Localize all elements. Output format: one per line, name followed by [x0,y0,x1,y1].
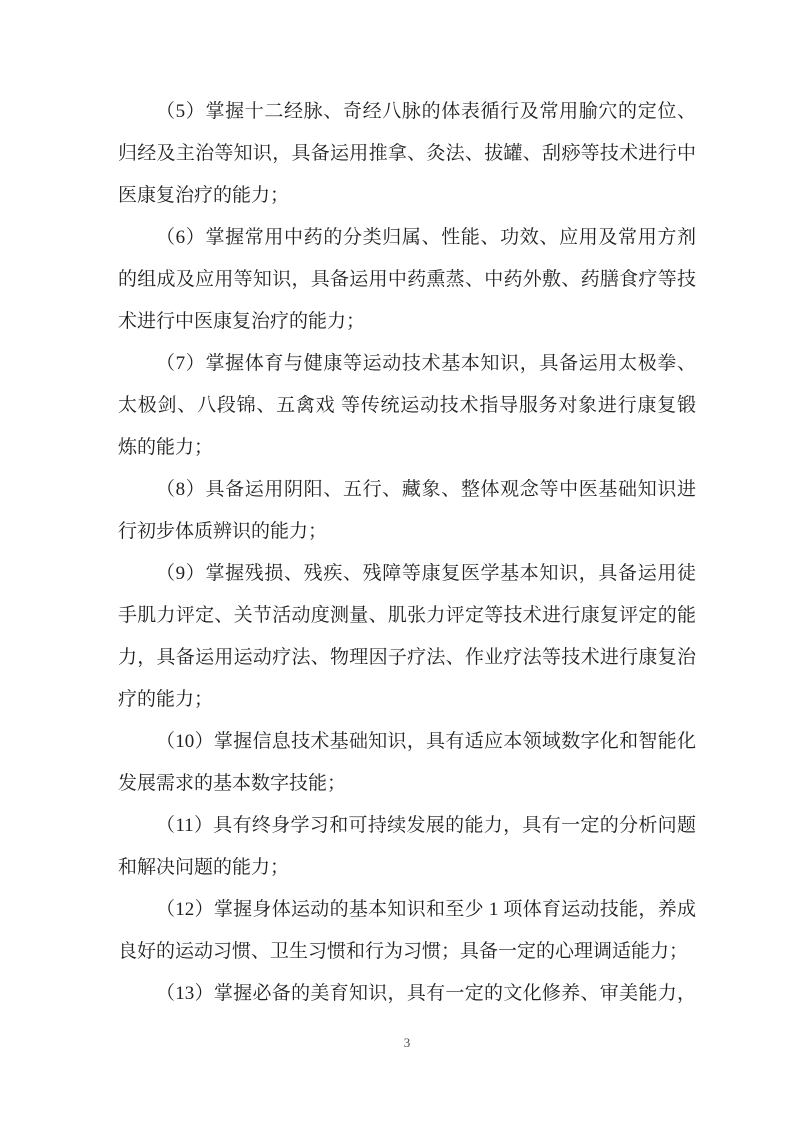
paragraph-line: 炼的能力； [118,427,696,469]
paragraph-item-5: （5）掌握十二经脉、奇经八脉的体表循行及常用腧穴的定位、 归经及主治等知识，具备… [118,91,696,217]
paragraph-line: 术进行中医康复治疗的能力； [118,301,696,343]
paragraph-item-10: （10）掌握信息技术基础知识，具有适应本领域数字化和智能化 发展需求的基本数字技… [118,721,696,805]
paragraph-item-8: （8）具备运用阴阳、五行、藏象、整体观念等中医基础知识进 行初步体质辨识的能力； [118,469,696,553]
paragraph-line: （10）掌握信息技术基础知识，具有适应本领域数字化和智能化 [118,721,696,763]
paragraph-item-7: （7）掌握体育与健康等运动技术基本知识，具备运用太极拳、 太极剑、八段锦、五禽戏… [118,343,696,469]
paragraph-line: 的组成及应用等知识，具备运用中药熏蒸、中药外敷、药膳食疗等技 [118,259,696,301]
paragraph-line: 行初步体质辨识的能力； [118,511,696,553]
paragraph-line: （11）具有终身学习和可持续发展的能力，具有一定的分析问题 [118,805,696,847]
paragraph-line: （6）掌握常用中药的分类归属、性能、功效、应用及常用方剂 [118,217,696,259]
document-page: （5）掌握十二经脉、奇经八脉的体表循行及常用腧穴的定位、 归经及主治等知识，具备… [0,0,800,1131]
paragraph-item-12: （12）掌握身体运动的基本知识和至少 1 项体育运动技能，养成 良好的运动习惯、… [118,889,696,973]
paragraph-line: 疗的能力； [118,679,696,721]
paragraph-line: 良好的运动习惯、卫生习惯和行为习惯；具备一定的心理调适能力； [118,931,696,973]
paragraph-line: 太极剑、八段锦、五禽戏 等传统运动技术指导服务对象进行康复锻 [118,385,696,427]
paragraph-item-9: （9）掌握残损、残疾、残障等康复医学基本知识，具备运用徒 手肌力评定、关节活动度… [118,553,696,721]
paragraph-line: 力，具备运用运动疗法、物理因子疗法、作业疗法等技术进行康复治 [118,637,696,679]
paragraph-line: （9）掌握残损、残疾、残障等康复医学基本知识，具备运用徒 [118,553,696,595]
paragraph-line: （13）掌握必备的美育知识，具有一定的文化修养、审美能力， [118,973,696,1015]
paragraph-line: （5）掌握十二经脉、奇经八脉的体表循行及常用腧穴的定位、 [118,91,696,133]
paragraph-line: 归经及主治等知识，具备运用推拿、灸法、拔罐、刮痧等技术进行中 [118,133,696,175]
paragraph-item-13: （13）掌握必备的美育知识，具有一定的文化修养、审美能力， [118,973,696,1015]
paragraph-line: 手肌力评定、关节活动度测量、肌张力评定等技术进行康复评定的能 [118,595,696,637]
paragraph-line: 医康复治疗的能力； [118,175,696,217]
paragraph-line: （12）掌握身体运动的基本知识和至少 1 项体育运动技能，养成 [118,889,696,931]
paragraph-item-11: （11）具有终身学习和可持续发展的能力，具有一定的分析问题 和解决问题的能力； [118,805,696,889]
page-number: 3 [118,1033,696,1053]
paragraph-line: （7）掌握体育与健康等运动技术基本知识，具备运用太极拳、 [118,343,696,385]
paragraph-line: （8）具备运用阴阳、五行、藏象、整体观念等中医基础知识进 [118,469,696,511]
paragraph-line: 和解决问题的能力； [118,847,696,889]
paragraph-line: 发展需求的基本数字技能； [118,763,696,805]
document-body: （5）掌握十二经脉、奇经八脉的体表循行及常用腧穴的定位、 归经及主治等知识，具备… [118,0,696,1053]
paragraph-item-6: （6）掌握常用中药的分类归属、性能、功效、应用及常用方剂 的组成及应用等知识，具… [118,217,696,343]
